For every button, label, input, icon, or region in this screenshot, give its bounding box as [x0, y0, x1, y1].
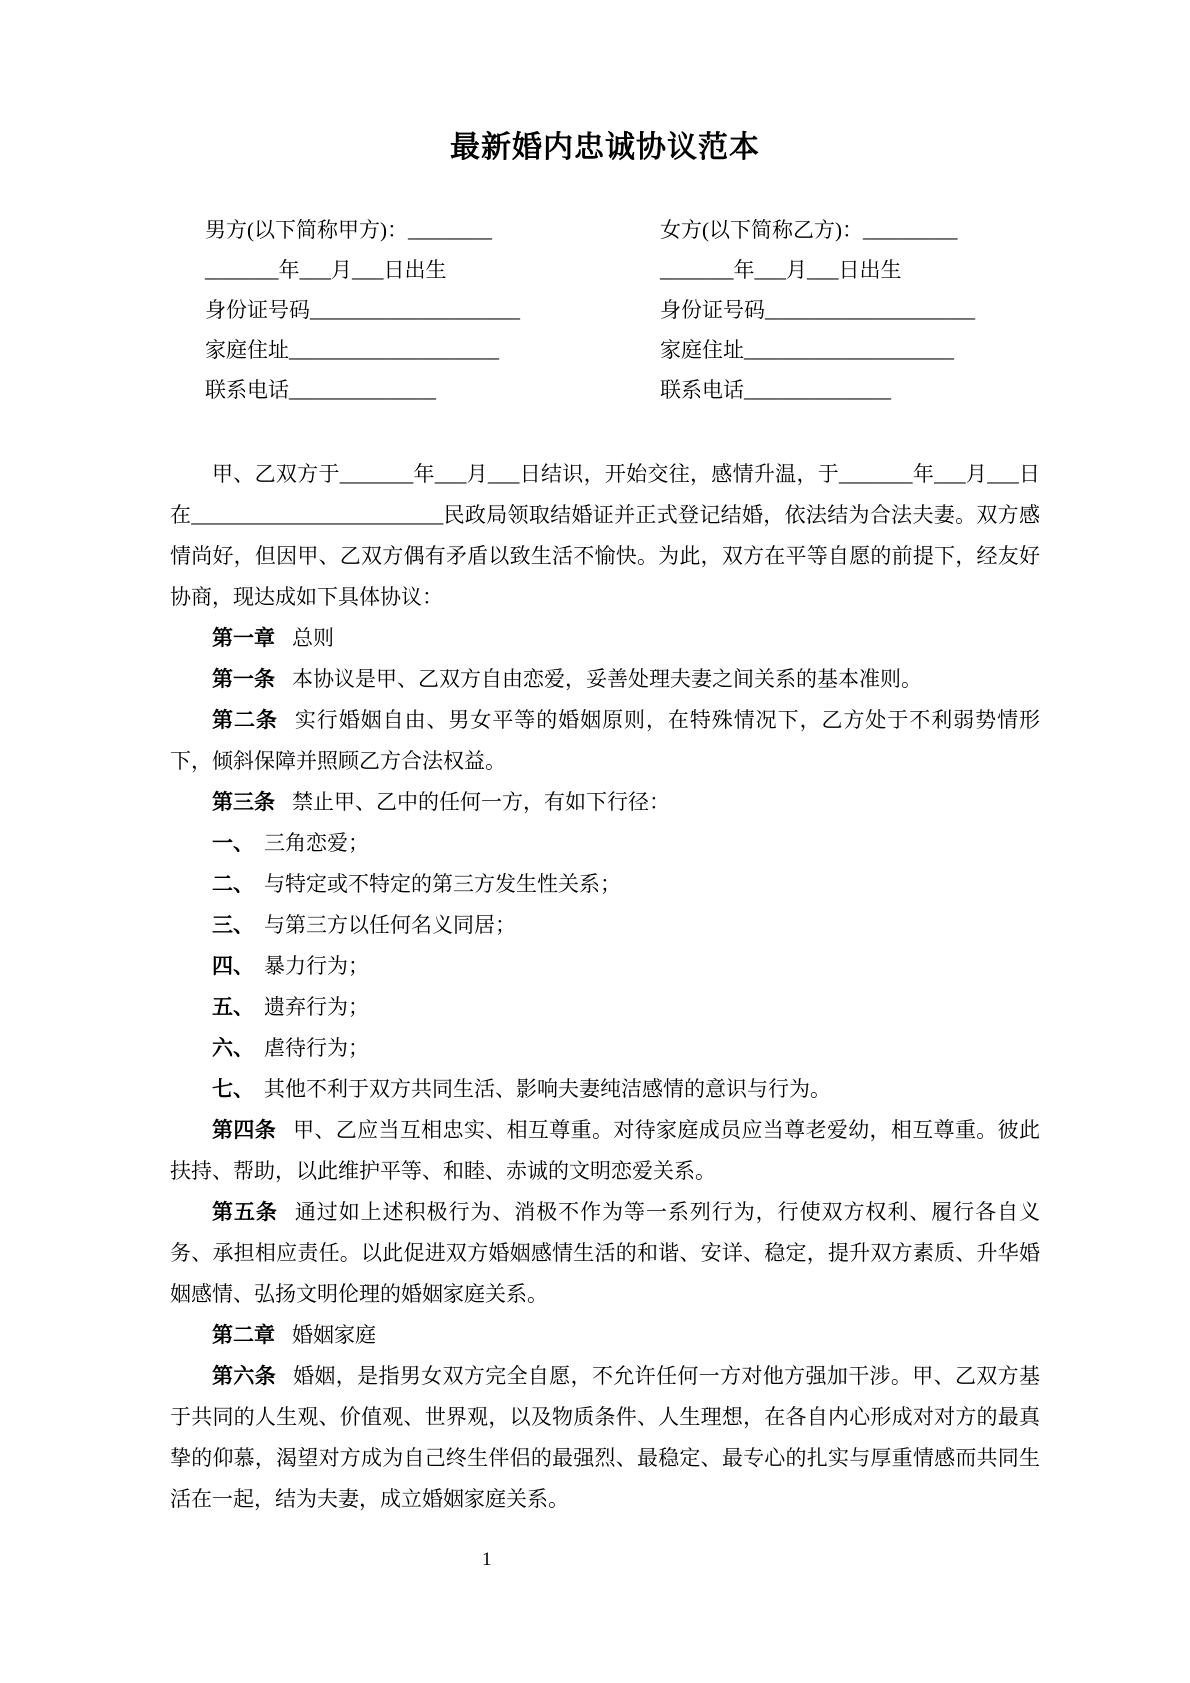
article-text: 甲、乙应当互相忠实、相互尊重。对待家庭成员应当尊老爱幼，相互尊重。彼此扶持、帮助…: [170, 1118, 1040, 1183]
list-item-number: 三、: [212, 913, 254, 937]
list-item: 五、遗弃行为；: [170, 987, 1040, 1028]
list-item-number: 七、: [212, 1077, 254, 1101]
party-a-birth-line: _______年___月___日出生: [205, 250, 625, 290]
article-number: 第五条: [212, 1200, 278, 1224]
list-item: 四、暴力行为；: [170, 946, 1040, 987]
list-item-text: 遗弃行为；: [264, 995, 369, 1019]
article-text: 禁止甲、乙中的任何一方，有如下行径：: [292, 790, 670, 814]
list-item-number: 六、: [212, 1036, 254, 1060]
list-item-number: 二、: [212, 872, 254, 896]
article-text: 婚姻，是指男女双方完全自愿，不允许任何一方对他方强加干涉。甲、乙双方基于共同的人…: [170, 1364, 1040, 1511]
list-item-text: 三角恋爱；: [264, 831, 369, 855]
article-number: 第三条: [212, 790, 275, 814]
list-item-text: 与特定或不特定的第三方发生性关系；: [264, 872, 621, 896]
article-number: 第一条: [212, 667, 275, 691]
party-a-column: 男方(以下简称甲方)：________ _______年___月___日出生 身…: [170, 210, 625, 410]
party-b-column: 女方(以下简称乙方)：_________ _______年___月___日出生 …: [625, 210, 1040, 410]
party-a-name-line: 男方(以下简称甲方)：________: [205, 210, 625, 250]
chapter-number: 第二章: [212, 1323, 275, 1347]
list-item-text: 其他不利于双方共同生活、影响夫妻纯洁感情的意识与行为。: [264, 1077, 831, 1101]
party-a-id-line: 身份证号码____________________: [205, 290, 625, 330]
list-item: 一、三角恋爱；: [170, 823, 1040, 864]
article-paragraph: 第四条甲、乙应当互相忠实、相互尊重。对待家庭成员应当尊老爱幼，相互尊重。彼此扶持…: [170, 1110, 1040, 1192]
list-item: 七、其他不利于双方共同生活、影响夫妻纯洁感情的意识与行为。: [170, 1069, 1040, 1110]
article-paragraph: 第六条婚姻，是指男女双方完全自愿，不允许任何一方对他方强加干涉。甲、乙双方基于共…: [170, 1356, 1040, 1520]
list-item: 六、虐待行为；: [170, 1028, 1040, 1069]
article-text: 实行婚姻自由、男女平等的婚姻原则，在特殊情况下，乙方处于不利弱势情形下，倾斜保障…: [170, 708, 1040, 773]
article-number: 第二条: [212, 708, 278, 732]
party-b-birth-line: _______年___月___日出生: [660, 250, 1040, 290]
document-title: 最新婚内忠诚协议范本: [170, 126, 1040, 170]
party-a-address-line: 家庭住址____________________: [205, 330, 625, 370]
article-number: 第四条: [212, 1118, 276, 1142]
party-b-name-line: 女方(以下简称乙方)：_________: [660, 210, 1040, 250]
list-item-text: 虐待行为；: [264, 1036, 369, 1060]
chapter-number: 第一章: [212, 626, 275, 650]
article-number: 第六条: [212, 1364, 276, 1388]
article-paragraph: 第一条本协议是甲、乙双方自由恋爱，妥善处理夫妻之间关系的基本准则。: [170, 659, 1040, 700]
party-b-address-line: 家庭住址____________________: [660, 330, 1040, 370]
list-item-text: 暴力行为；: [264, 954, 369, 978]
party-b-id-line: 身份证号码____________________: [660, 290, 1040, 330]
list-item: 三、与第三方以任何名义同居；: [170, 905, 1040, 946]
article-text: 本协议是甲、乙双方自由恋爱，妥善处理夫妻之间关系的基本准则。: [292, 667, 922, 691]
party-a-phone-line: 联系电话______________: [205, 370, 625, 410]
party-info-section: 男方(以下简称甲方)：________ _______年___月___日出生 身…: [170, 210, 1040, 410]
list-item-text: 与第三方以任何名义同居；: [264, 913, 516, 937]
chapter-heading: 第一章总则: [170, 618, 1040, 659]
document-page: 最新婚内忠诚协议范本 男方(以下简称甲方)：________ _______年_…: [0, 0, 1190, 1683]
article-text: 通过如上述积极行为、消极不作为等一系列行为，行使双方权利、履行各自义务、承担相应…: [170, 1200, 1040, 1306]
list-item-number: 一、: [212, 831, 254, 855]
chapter-title: 总则: [292, 626, 334, 650]
intro-paragraph: 甲、乙双方于_______年___月___日结识，开始交往，感情升温，于____…: [170, 454, 1040, 618]
list-item: 二、与特定或不特定的第三方发生性关系；: [170, 864, 1040, 905]
list-item-number: 五、: [212, 995, 254, 1019]
page-number: 1: [482, 1548, 492, 1572]
article-paragraph: 第二条实行婚姻自由、男女平等的婚姻原则，在特殊情况下，乙方处于不利弱势情形下，倾…: [170, 700, 1040, 782]
document-content: 最新婚内忠诚协议范本 男方(以下简称甲方)：________ _______年_…: [170, 0, 1040, 1520]
chapter-heading: 第二章婚姻家庭: [170, 1315, 1040, 1356]
article-paragraph: 第五条通过如上述积极行为、消极不作为等一系列行为，行使双方权利、履行各自义务、承…: [170, 1192, 1040, 1315]
agreement-body: 甲、乙双方于_______年___月___日结识，开始交往，感情升温，于____…: [170, 454, 1040, 1520]
article-paragraph: 第三条禁止甲、乙中的任何一方，有如下行径：: [170, 782, 1040, 823]
chapter-title: 婚姻家庭: [292, 1323, 376, 1347]
list-item-number: 四、: [212, 954, 254, 978]
party-b-phone-line: 联系电话______________: [660, 370, 1040, 410]
